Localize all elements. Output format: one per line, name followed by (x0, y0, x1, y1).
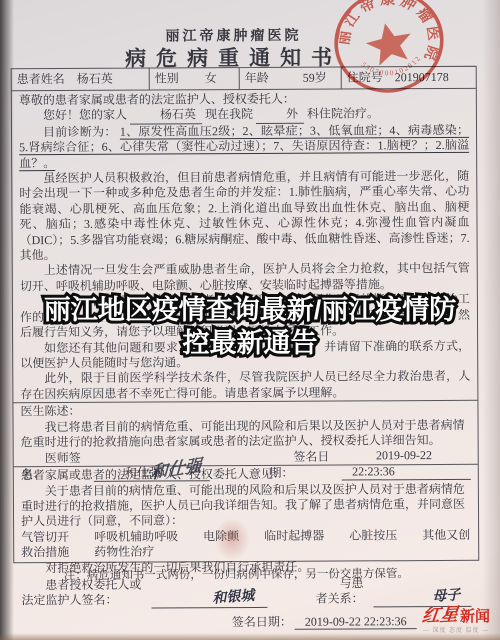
family-signature: 和银城 (152, 591, 268, 608)
option-pacemaker: 临时起搏器 (264, 528, 324, 542)
rescue-paragraph: 上述情况一旦发生会严重威胁患者生命，医护人员将会全力抢救，其中包括气管切开、呼吸… (20, 261, 470, 294)
diagnosis-line: 目前诊断为： 1、原发性高血压2级；2、眩晕症；3、低氧血症；4、病毒感染；5.… (19, 123, 469, 172)
redstar-news-logo: 红星新闻 (422, 607, 490, 625)
caption-overlay: 丽江地区疫情查询最新/丽江疫情防控最新通告 丽江地区疫情查询最新/丽江疫情防控最… (35, 294, 465, 360)
sex-label: 性别 (155, 71, 179, 85)
sex-cell: 性别女 (150, 68, 240, 89)
department-blank: 外 (256, 107, 304, 124)
photo-right-shadow (482, 0, 500, 640)
photo-left-shadow (0, 0, 14, 640)
option-cpr: 心脏按压 (349, 528, 397, 542)
brand-slogan: — 深度 态度 温度 — (422, 628, 490, 634)
brand-name-block: 新闻 (460, 609, 490, 625)
sex-value: 女 (205, 71, 217, 85)
brand-name-script: 红星 (421, 606, 460, 626)
age-value: 59岁 (303, 71, 327, 85)
family-statement: 关于患者目前的病情危重、可能出现的风险和后果以及医护人员对于患者病情危重时进行的… (21, 481, 471, 530)
age-label: 年龄 (245, 71, 269, 85)
family-date-value: 2019-09-22 22:23:36 (295, 614, 417, 630)
star-icon (363, 18, 416, 67)
doctor-statement: 我已将患者目前的病情危重、可能出现的风险和后果以及医护人员对于患者病情危重时进行… (21, 417, 471, 450)
death-risk-paragraph: 此外，限于目前医学科学技术条件，尽管我院医护人员已经尽全力救治患者，人存在因疾病… (20, 369, 470, 402)
option-drug-therapy: 药物性治疗 (94, 545, 154, 559)
caption-text: 丽江地区疫情查询最新/丽江疫情防控最新通告 (35, 294, 465, 360)
red-fingerprint-mark (214, 518, 250, 560)
patient-name-blank: 杨石英 (130, 108, 202, 125)
photo-bottom-edge (0, 633, 500, 640)
option-tracheotomy: 气管切开 (21, 530, 69, 544)
doctor-statement-section: 医生陈述： 我已将患者目前的病情危重、可能出现的风险和后果以及医护人员对于患者病… (13, 400, 477, 466)
family-date-row: 签名日期： 2019-09-22 22:23:36 (22, 614, 472, 632)
footer-note: 注：病危通知书一式两份，一份归病例中保存，另一份交患方保管。 (1, 565, 471, 583)
document-photo: 丽江帝康肿瘤医院 病危病重通知书 丽江帝康肿瘤医院 5307000102812 … (0, 0, 500, 640)
risk-paragraph: 虽经医护人员积极救治，但目前患者病情危重，并且病情有可能进一步恶化，随时会出现一… (19, 169, 469, 264)
redstar-news-watermark: 红星新闻 — 深度 态度 温度 — (422, 607, 490, 634)
patient-name-label: 患者姓名 (17, 72, 65, 86)
doctor-date-value: 2019-09-22 22:23:36 (342, 448, 471, 480)
patient-name-cell: 患者姓名杨石英 (12, 69, 150, 91)
family-date-label: 签名日期： (232, 615, 292, 629)
option-ventilator: 呼吸机辅助呼吸 (94, 529, 178, 543)
family-handwriting: 和银城 (188, 589, 255, 609)
patient-name-value: 杨石英 (77, 72, 113, 86)
diagnosis-label: 目前诊断为： (43, 125, 117, 139)
